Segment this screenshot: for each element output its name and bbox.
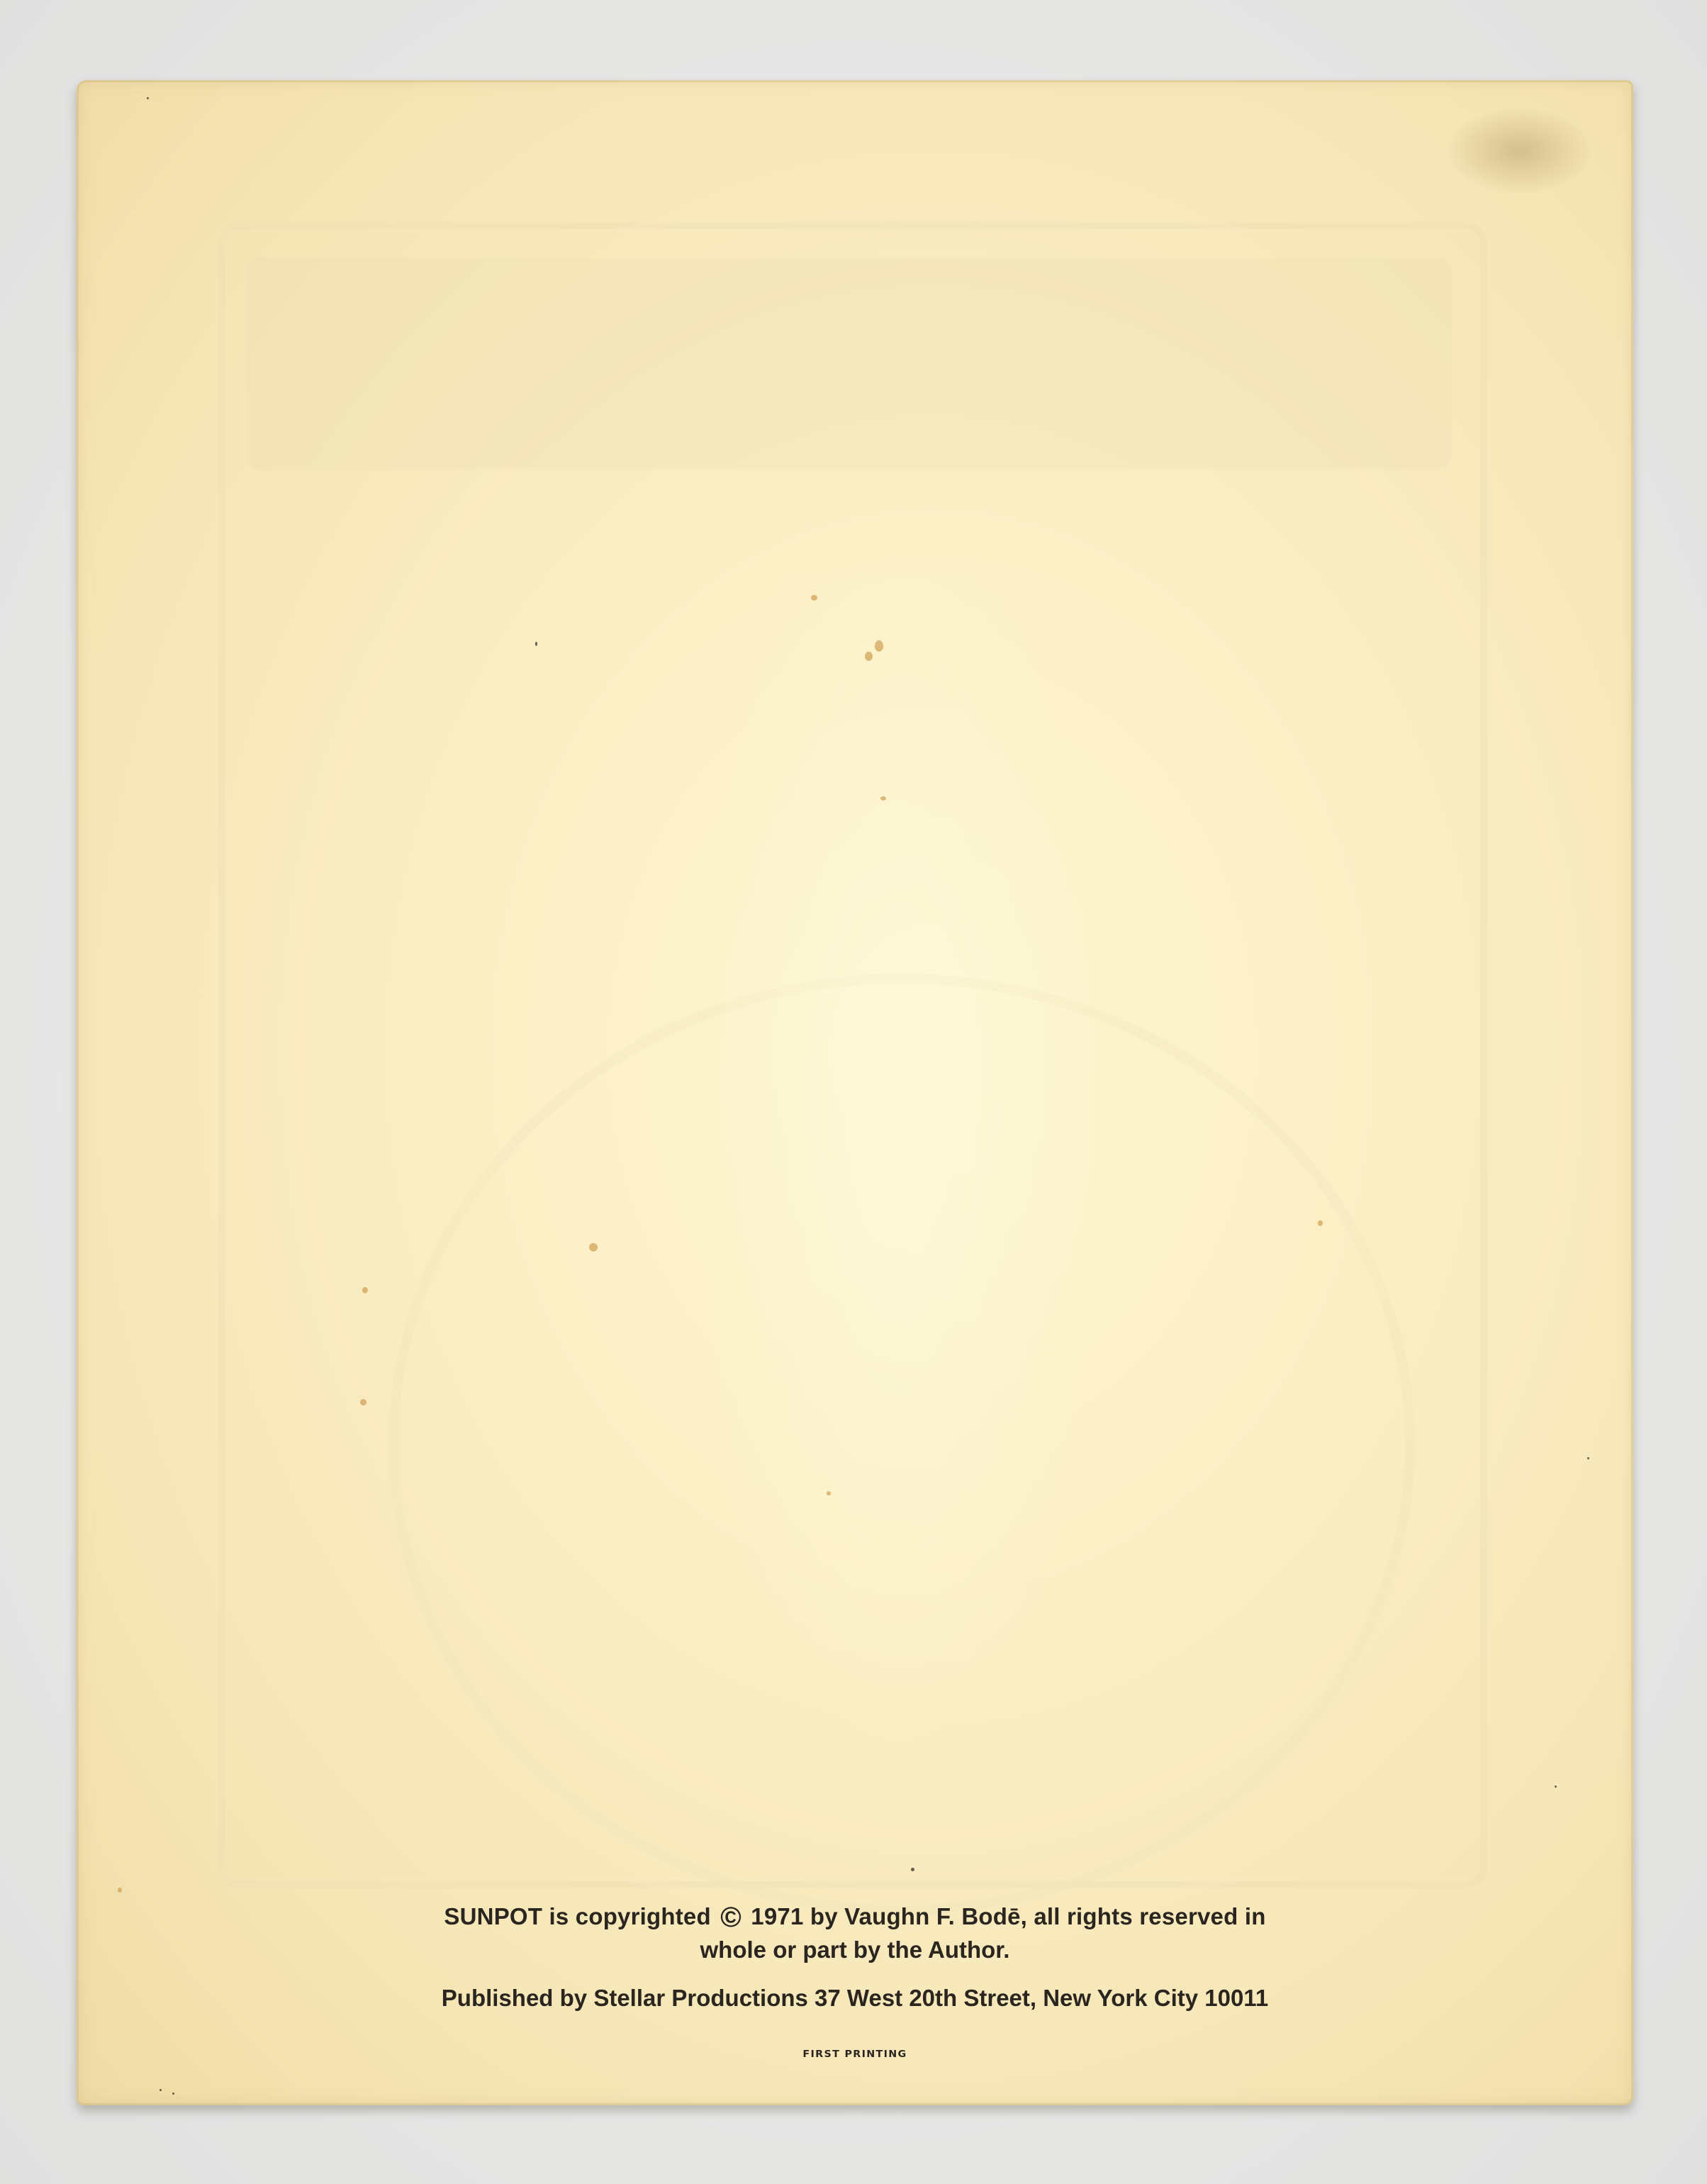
speck xyxy=(1587,1457,1589,1459)
stain-spot xyxy=(811,595,817,601)
stain-spot xyxy=(118,1888,122,1893)
ghost-figure-illustration xyxy=(686,576,1112,1782)
stain-spot xyxy=(1318,1220,1323,1226)
stain-spot xyxy=(827,1491,831,1495)
back-cover-page: SUNPOT is copyrighted © 1971 by Vaughn F… xyxy=(77,80,1633,2105)
publisher-line: Published by Stellar Productions 37 West… xyxy=(77,1985,1633,2012)
stain-spot xyxy=(880,796,886,801)
speck xyxy=(1555,1785,1557,1788)
ghost-circle-illustration xyxy=(388,974,1415,1915)
speck xyxy=(147,97,149,99)
printing-edition: FIRST PRINTING xyxy=(77,2049,1633,2060)
copyright-line: SUNPOT is copyrighted © 1971 by Vaughn F… xyxy=(77,1903,1633,1932)
speck xyxy=(172,2093,174,2095)
speck xyxy=(535,642,537,646)
foxing-stain xyxy=(1448,108,1590,194)
ghost-cover-frame xyxy=(218,222,1487,1888)
speck xyxy=(159,2089,162,2091)
ghost-title-band xyxy=(247,257,1452,470)
stain-spot xyxy=(589,1243,598,1252)
copyright-icon: © xyxy=(720,1903,741,1932)
stain-spot xyxy=(865,652,873,661)
stain-spot xyxy=(362,1287,368,1293)
stain-spot xyxy=(360,1399,366,1405)
stain-spot xyxy=(875,640,883,652)
copyright-suffix: 1971 by Vaughn F. Bodē, all rights reser… xyxy=(751,1903,1265,1929)
speck xyxy=(911,1868,914,1871)
copyright-prefix: SUNPOT is copyrighted xyxy=(444,1903,710,1929)
rights-line: whole or part by the Author. xyxy=(77,1937,1633,1963)
